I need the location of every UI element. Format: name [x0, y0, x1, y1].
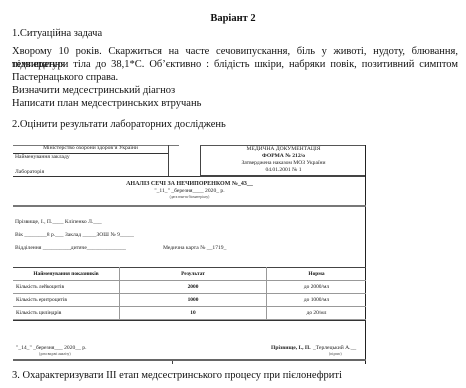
analysis-title: АНАЛІЗ СЕЧІ ЗА НЕЧИПОРЕНКОМ №_43__: [13, 181, 366, 188]
task1-instruction-plan: Написати план медсестринських втручань: [12, 97, 201, 110]
result-value: 10: [120, 307, 267, 320]
divider: [13, 320, 366, 321]
result-date: "_14_" _березня___ 2020__ р.: [16, 345, 87, 352]
approved-date: 04.01.2001 № 1: [201, 167, 366, 174]
institution-label: Найменування закладу: [15, 154, 70, 161]
approved-label: Затверджена наказом МОЗ України: [201, 160, 366, 167]
divider: [200, 175, 366, 177]
indicator-name: Кількість циліндрів: [13, 307, 120, 320]
norm-value: до 2000/мл: [267, 281, 367, 294]
form-number: ФОРМА № 212/о: [201, 153, 366, 160]
divider: [13, 205, 366, 207]
result-value: 2000: [120, 281, 267, 294]
department-field: Відділення __________дитяче_____________…: [15, 245, 126, 252]
indicator-name: Кількість лейкоцитів: [13, 281, 120, 294]
results-table: Найменування показників Результат Норма …: [13, 267, 366, 320]
column-header-result: Результат: [120, 268, 267, 281]
divider: [172, 361, 173, 364]
task2-heading: 2.Оцінити результати лабораторних дослід…: [12, 118, 226, 131]
divider: [168, 145, 169, 176]
task3-heading: 3. Охарактеризувати ІІІ етап медсестринс…: [12, 369, 342, 382]
signature-label: Прізвище, І., П.: [271, 345, 311, 352]
sample-date-caption: (дата взяття біоматеріалу): [13, 195, 366, 199]
norm-value: до 20/мл: [267, 307, 367, 320]
result-value: 1000: [120, 294, 267, 307]
divider: [13, 176, 203, 177]
variant-title: Варіант 2: [0, 13, 466, 24]
task1-text-line2: температури тіла до 38,1*С. Об’єктивно :…: [12, 58, 458, 71]
result-date-caption: (дата видачі аналізу): [39, 352, 71, 356]
task1-instruction-diagnosis: Визначити медсестринський діагноз: [12, 84, 175, 97]
table-header-row: Найменування показників Результат Норма: [13, 268, 366, 281]
laboratory-label: Лабораторія: [15, 169, 44, 176]
norm-value: до 1000/мл: [267, 294, 367, 307]
lab-form-nechyporenko: Міністерство охорони здоров’я України На…: [13, 141, 366, 364]
form-border: [365, 145, 366, 364]
patient-name-field: Прізвище, І., П.____ Кліпенко Л.___: [15, 219, 102, 226]
table-row: Кількість еритроцитів 1000 до 1000/мл: [13, 294, 366, 307]
sample-date: "_11_" _березня____ 2020_ р.: [13, 188, 366, 195]
table-row: Кількість циліндрів 10 до 20/мл: [13, 307, 366, 320]
task1-heading: 1.Ситуаційна задача: [12, 27, 102, 40]
signature-caption: (підпис): [329, 352, 342, 356]
med-doc-label: МЕДИЧНА ДОКУМЕНТАЦІЯ: [201, 146, 366, 153]
table-row: Кількість лейкоцитів 2000 до 2000/мл: [13, 281, 366, 294]
ministry-label: Міністерство охорони здоров’я України: [13, 145, 168, 152]
task1-text-line3: Пастернацького справа.: [12, 71, 118, 84]
column-header-indicator: Найменування показників: [13, 268, 120, 281]
signature-value: _Терлецький А.__: [313, 345, 356, 352]
column-header-norm: Норма: [267, 268, 367, 281]
divider: [13, 359, 366, 361]
medical-card-field: Медична карта № __1719_: [163, 245, 226, 252]
age-institution-field: Вік ________8 р.___ Заклад _____ЗОШ № 9_…: [15, 232, 134, 239]
indicator-name: Кількість еритроцитів: [13, 294, 120, 307]
